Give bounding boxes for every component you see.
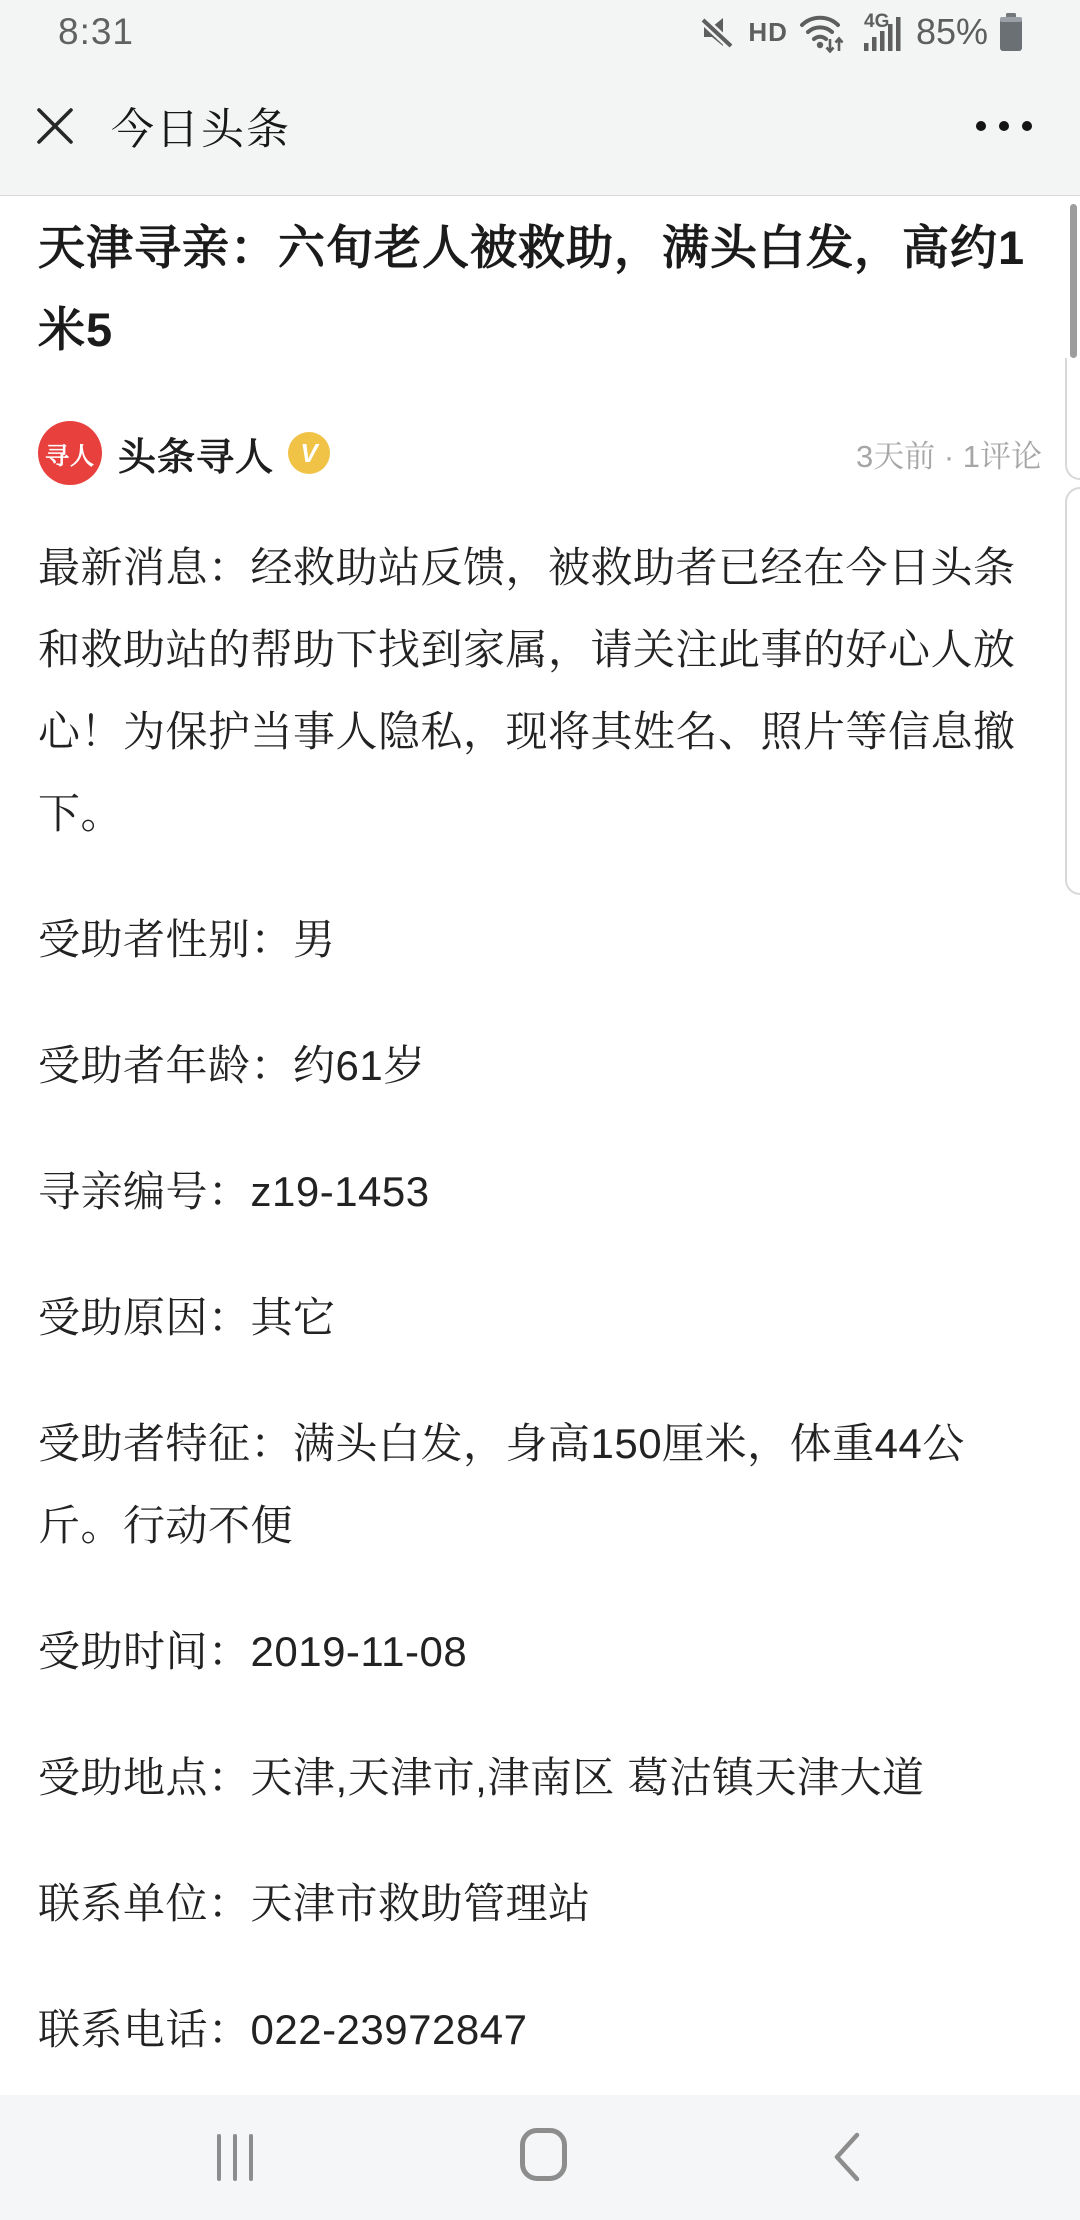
clock: 8:31 [58, 11, 134, 53]
recents-button-icon[interactable] [217, 2134, 253, 2181]
article-paragraph: 寻亲编号：z19-1453 [38, 1151, 1042, 1233]
webview-title-bar: 今日头条 [0, 58, 1080, 194]
article-paragraph: 受助者特征：满头白发，身高150厘米，体重44公斤。行动不便 [38, 1403, 1042, 1567]
hd-badge: HD [748, 17, 788, 48]
scrollbar-thumb[interactable] [1070, 204, 1077, 358]
article-title: 天津寻亲：六旬老人被救助，满头白发，高约1米5 [38, 207, 1042, 371]
cellular-signal-icon: 4G [856, 11, 906, 53]
back-button-icon[interactable] [831, 2131, 861, 2188]
mute-icon [698, 12, 738, 52]
author-avatar[interactable]: 寻人 [38, 421, 102, 485]
article-paragraph: 最新消息：经救助站反馈，被救助者已经在今日头条和救助站的帮助下找到家属，请关注此… [38, 527, 1042, 855]
verified-letter: V [300, 438, 317, 469]
status-icons: HD 4G [698, 11, 1024, 53]
article-paragraph: 受助者年龄：约61岁 [38, 1025, 1042, 1107]
edge-panel-tab-bottom [1065, 487, 1080, 895]
close-icon[interactable] [35, 106, 75, 146]
article-content: 天津寻亲：六旬老人被救助，满头白发，高约1米5 寻人 头条寻人 V 3天前 · … [0, 197, 1080, 2095]
battery-percent: 85% [916, 11, 988, 53]
status-bar: 8:31 HD [0, 0, 1080, 58]
article-paragraph: 受助者性别：男 [38, 899, 1042, 981]
article-paragraph: 受助时间：2019-11-08 [38, 1611, 1042, 1693]
article-paragraph: 联系单位：天津市救助管理站 [38, 1863, 1042, 1945]
edge-panel-tab-top [1065, 358, 1080, 480]
android-nav-bar [0, 2095, 1080, 2220]
article-paragraph: 受助地点：天津,天津市,津南区 葛沽镇天津大道 [38, 1737, 1042, 1819]
verified-badge-icon: V [288, 432, 330, 474]
post-meta: 3天前 · 1评论 [856, 431, 1042, 476]
header-area: 8:31 HD [0, 0, 1080, 196]
battery-icon [998, 11, 1024, 53]
page-title: 今日头条 [111, 96, 291, 157]
home-button-icon[interactable] [520, 2128, 567, 2181]
author-row[interactable]: 寻人 头条寻人 V 3天前 · 1评论 [38, 421, 1042, 485]
author-name[interactable]: 头条寻人 [118, 426, 274, 481]
wifi-icon [798, 11, 846, 53]
article-body: 最新消息：经救助站反馈，被救助者已经在今日头条和救助站的帮助下找到家属，请关注此… [38, 527, 1042, 2071]
article-paragraph: 联系电话：022-23972847 [38, 1989, 1042, 2071]
article-paragraph: 受助原因：其它 [38, 1277, 1042, 1359]
avatar-text: 寻人 [45, 436, 95, 471]
more-menu-icon[interactable] [976, 115, 1032, 137]
svg-text:4G: 4G [864, 11, 889, 32]
